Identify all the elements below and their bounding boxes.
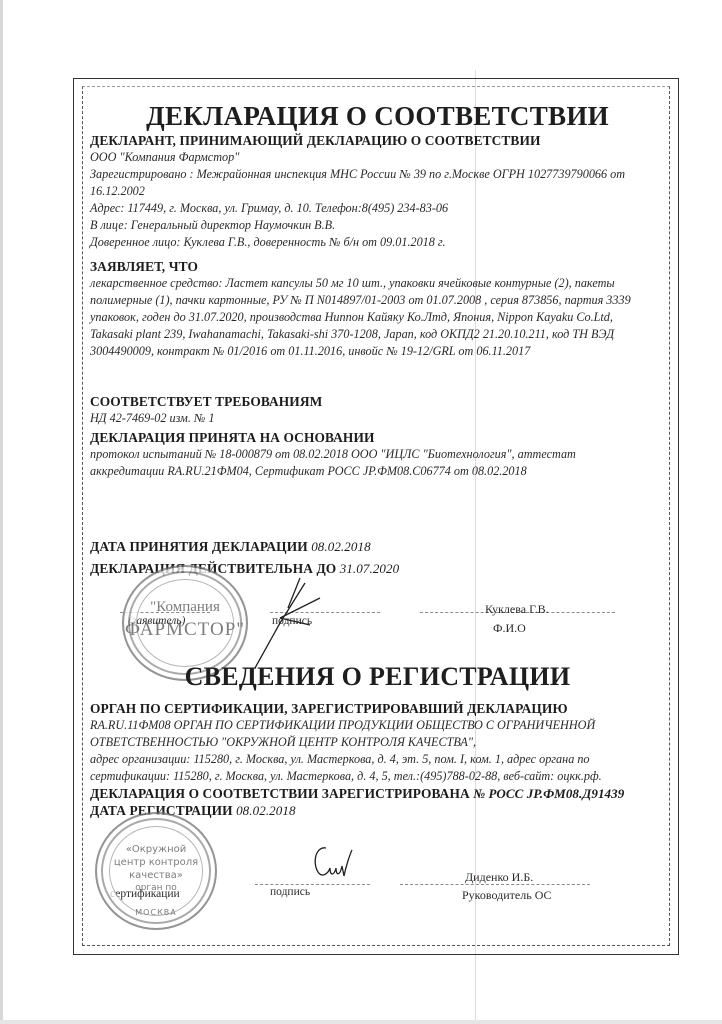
registration-title: СВЕДЕНИЯ О РЕГИСТРАЦИИ <box>90 657 665 697</box>
signature-underline <box>255 884 370 885</box>
stamp-text: орган по <box>97 883 215 893</box>
stamp-text: МОСКВА <box>97 908 215 917</box>
registration-date-value: 08.02.2018 <box>236 803 296 818</box>
signature-caption: подпись <box>270 886 310 898</box>
scan-edge <box>0 1020 722 1024</box>
certification-body-line: RA.RU.11ФМ08 ОРГАН ПО СЕРТИФИКАЦИИ ПРОДУ… <box>90 717 665 734</box>
registration-number-label: ДЕКЛАРАЦИЯ О СООТВЕТСТВИИ ЗАРЕГИСТРИРОВА… <box>90 786 470 801</box>
compliance-section: СООТВЕТСТВУЕТ ТРЕБОВАНИЯМ НД 42-7469-02 … <box>90 393 665 480</box>
registration-number-value: № РОСС JP.ФМ08.Д91439 <box>473 786 624 801</box>
declarant-heading: ДЕКЛАРАНТ, ПРИНИМАЮЩИЙ ДЕКЛАРАЦИЮ О СООТ… <box>90 132 665 149</box>
declarant-line: В лице: Генеральный директор Наумочкин В… <box>90 217 665 234</box>
statement-line: лекарственное средство: Ластет капсулы 5… <box>90 275 665 292</box>
compliance-heading: СООТВЕТСТВУЕТ ТРЕБОВАНИЯМ <box>90 393 665 410</box>
registration-number-row: ДЕКЛАРАЦИЯ О СООТВЕТСТВИИ ЗАРЕГИСТРИРОВА… <box>90 785 665 802</box>
declarant-section: ДЕКЛАРАНТ, ПРИНИМАЮЩИЙ ДЕКЛАРАЦИЮ О СООТ… <box>90 132 665 251</box>
basis-heading: ДЕКЛАРАЦИЯ ПРИНЯТА НА ОСНОВАНИИ <box>90 429 665 446</box>
declarant-line: Доверенное лицо: Куклева Г.В., доверенно… <box>90 234 665 251</box>
acceptance-date-row: ДАТА ПРИНЯТИЯ ДЕКЛАРАЦИИ 08.02.2018 <box>90 536 665 558</box>
registration-details: ДЕКЛАРАЦИЯ О СООТВЕТСТВИИ ЗАРЕГИСТРИРОВА… <box>90 785 665 819</box>
stamp-text: качества» <box>97 870 215 881</box>
basis-line: аккредитации RA.RU.21ФМ04, Сертификат РО… <box>90 463 665 480</box>
basis-line: протокол испытаний № 18-000879 от 08.02.… <box>90 446 665 463</box>
stamp-text: "Компания <box>124 599 246 616</box>
acceptance-date-value: 08.02.2018 <box>311 539 371 554</box>
stamp-text: центр контроля <box>97 857 215 868</box>
statement-line: полимерные (1), пачки картонные, РУ № П … <box>90 292 665 309</box>
compliance-line: НД 42-7469-02 изм. № 1 <box>90 410 665 427</box>
declarant-line: Адрес: 117449, г. Москва, ул. Гримау, д.… <box>90 200 665 217</box>
scan-edge <box>0 0 3 1024</box>
declarant-signer-name: Куклева Г.В. <box>485 602 549 617</box>
stamp-text: ФАРМСТОР" <box>124 619 246 641</box>
declarant-line: ООО "Компания Фармстор" <box>90 149 665 166</box>
registration-title-block: СВЕДЕНИЯ О РЕГИСТРАЦИИ <box>90 657 665 697</box>
statement-line: упаковок, годен до 31.07.2020, производс… <box>90 309 665 326</box>
registration-signer-name: Диденко И.Б. <box>465 870 533 885</box>
certification-body-stamp: «Окружной центр контроля качества» орган… <box>95 812 217 930</box>
acceptance-date-label: ДАТА ПРИНЯТИЯ ДЕКЛАРАЦИИ <box>90 539 308 554</box>
page-title: ДЕКЛАРАЦИЯ О СООТВЕТСТВИИ <box>90 96 665 136</box>
statement-section: ЗАЯВЛЯЕТ, ЧТО лекарственное средство: Ла… <box>90 258 665 360</box>
registration-signer-position: Руководитель ОС <box>462 888 552 903</box>
certification-body-line: сертификации: 115280, г. Москва, ул. Мас… <box>90 768 665 785</box>
registrar-signature-icon <box>308 842 358 882</box>
declarant-line: Зарегистрировано : Межрайонная инспекция… <box>90 166 665 183</box>
name-caption: Ф.И.О <box>493 621 526 636</box>
declarant-line: 16.12.2002 <box>90 183 665 200</box>
certification-body-line: адрес организации: 115280, г. Москва, ул… <box>90 751 665 768</box>
statement-heading: ЗАЯВЛЯЕТ, ЧТО <box>90 258 665 275</box>
declaration-title-block: ДЕКЛАРАЦИЯ О СООТВЕТСТВИИ <box>90 96 665 136</box>
certification-body-line: ОТВЕТСТВЕННОСТЬЮ "ОКРУЖНОЙ ЦЕНТР КОНТРОЛ… <box>90 734 665 751</box>
valid-until-value: 31.07.2020 <box>340 561 400 576</box>
statement-line: 3004490009, контракт № 01/2016 от 01.11.… <box>90 343 665 360</box>
certification-body-heading: ОРГАН ПО СЕРТИФИКАЦИИ, ЗАРЕГИСТРИРОВАВШИ… <box>90 700 665 717</box>
statement-line: Takasaki plant 239, Iwahanamachi, Takasa… <box>90 326 665 343</box>
stamp-text: «Окружной <box>97 844 215 855</box>
certification-body-section: ОРГАН ПО СЕРТИФИКАЦИИ, ЗАРЕГИСТРИРОВАВШИ… <box>90 700 665 785</box>
